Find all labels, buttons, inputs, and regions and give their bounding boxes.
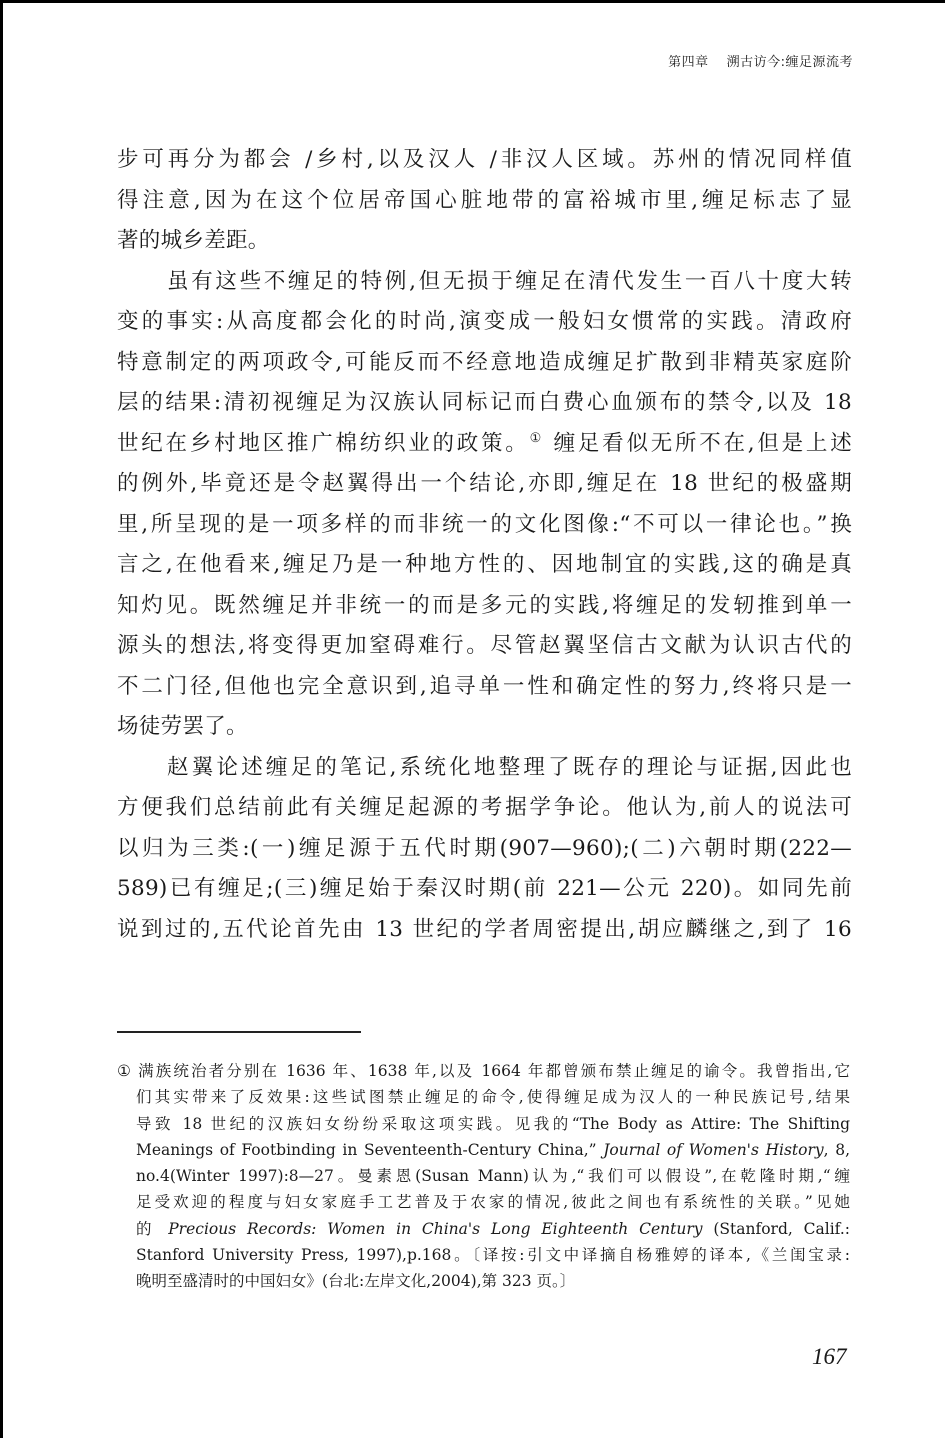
text-line-with-footnote: 世纪在乡村地区推广棉纺织业的政策。① 缠足看似无所不在,但是上述: [117, 424, 852, 465]
text-line: 的例外,毕竟还是令赵翼得出一个结论,亦即,缠足在 18 世纪的极盛期: [117, 464, 852, 505]
footnote-text: (Stanford, Calif.:: [703, 1220, 850, 1238]
running-head-title: 溯古访今:缠足源流考: [727, 55, 853, 70]
footnote-text: , 8,: [824, 1141, 850, 1159]
text-line: 589)已有缠足;(三)缠足始于秦汉时期(前 221—公元 220)。如同先前: [117, 869, 852, 910]
footnote-line: 导致 18 世纪的汉族妇女纷纷采取这项实践。见我的“The Body as At…: [117, 1111, 850, 1137]
page-number: 167: [812, 1344, 847, 1370]
paragraph: 赵翼论述缠足的笔记,系统化地整理了既存的理论与证据,因此也 方便我们总结前此有关…: [117, 748, 852, 951]
text-line: 说到过的,五代论首先由 13 世纪的学者周密提出,胡应麟继之,到了 16: [117, 910, 852, 951]
footnote-divider: [117, 1031, 361, 1033]
footnote-line: Meanings of Footbinding in Seventeenth-C…: [117, 1137, 850, 1163]
body-text: 步可再分为都会 /乡村,以及汉人 /非汉人区域。苏州的情况同样值 得注意,因为在…: [117, 140, 852, 950]
footnote-reference[interactable]: ①: [530, 430, 544, 445]
running-head-chapter: 第四章: [668, 55, 709, 70]
paragraph: 虽有这些不缠足的特例,但无损于缠足在清代发生一百八十度大转 变的事实:从高度都会…: [117, 262, 852, 748]
footnote-line: 足受欢迎的程度与妇女家庭手工艺普及于农家的情况,彼此之间也有系统性的关联。”见她: [117, 1189, 850, 1215]
footnote: ①满族统治者分别在 1636 年、1638 年,以及 1664 年都曾颁布禁止缠…: [117, 1058, 850, 1295]
page-border-top: [0, 0, 945, 3]
footnote-marker: ①: [117, 1058, 136, 1084]
footnote-text: Meanings of Footbinding in Seventeenth-C…: [136, 1141, 603, 1159]
text-line: 虽有这些不缠足的特例,但无损于缠足在清代发生一百八十度大转: [117, 262, 852, 303]
footnote-text: 的: [136, 1220, 168, 1238]
text-line: 变的事实:从高度都会化的时尚,演变成一般妇女惯常的实践。清政府: [117, 302, 852, 343]
text-line: 得注意,因为在这个位居帝国心脏地带的富裕城市里,缠足标志了显: [117, 181, 852, 222]
footnote-line: no.4(Winter 1997):8—27。曼素恩(Susan Mann)认为…: [117, 1163, 850, 1189]
page-border-left: [0, 0, 3, 1438]
text-line: 言之,在他看来,缠足乃是一种地方性的、因地制宜的实践,这的确是真: [117, 545, 852, 586]
text-segment: 缠足看似无所不在,但是上述: [544, 431, 852, 456]
text-line: 以归为三类:(一)缠足源于五代时期(907—960);(二)六朝时期(222—: [117, 829, 852, 870]
text-line: 场徒劳罢了。: [117, 707, 852, 748]
book-title: Precious Records: Women in China's Long …: [168, 1220, 702, 1238]
text-segment: 世纪在乡村地区推广棉纺织业的政策。: [117, 431, 530, 456]
text-line: 不二门径,但他也完全意识到,追寻单一性和确定性的努力,终将只是一: [117, 667, 852, 708]
text-line: 步可再分为都会 /乡村,以及汉人 /非汉人区域。苏州的情况同样值: [117, 140, 852, 181]
text-line: 赵翼论述缠足的笔记,系统化地整理了既存的理论与证据,因此也: [117, 748, 852, 789]
journal-title: Journal of Women's History: [603, 1141, 823, 1159]
footnote-text: 满族统治者分别在 1636 年、1638 年,以及 1664 年都曾颁布禁止缠足…: [136, 1062, 850, 1080]
footnotes: ①满族统治者分别在 1636 年、1638 年,以及 1664 年都曾颁布禁止缠…: [117, 1058, 850, 1295]
footnote-line: 们其实带来了反效果:这些试图禁止缠足的命令,使得缠足成为汉人的一种民族记号,结果: [117, 1084, 850, 1110]
footnote-line: 的 Precious Records: Women in China's Lon…: [117, 1216, 850, 1242]
running-head: 第四章溯古访今:缠足源流考: [668, 51, 853, 70]
paragraph: 步可再分为都会 /乡村,以及汉人 /非汉人区域。苏州的情况同样值 得注意,因为在…: [117, 140, 852, 262]
footnote-line: ①满族统治者分别在 1636 年、1638 年,以及 1664 年都曾颁布禁止缠…: [117, 1058, 850, 1084]
footnote-line: 晚明至盛清时的中国妇女》(台北:左岸文化,2004),第 323 页。〕: [117, 1268, 850, 1294]
text-line: 方便我们总结前此有关缠足起源的考据学争论。他认为,前人的说法可: [117, 788, 852, 829]
text-line: 源头的想法,将变得更加窒碍难行。尽管赵翼坚信古文献为认识古代的: [117, 626, 852, 667]
text-line: 里,所呈现的是一项多样的而非统一的文化图像:“不可以一律论也。”换: [117, 505, 852, 546]
text-line: 著的城乡差距。: [117, 221, 852, 262]
text-line: 特意制定的两项政令,可能反而不经意地造成缠足扩散到非精英家庭阶: [117, 343, 852, 384]
footnote-line: Stanford University Press, 1997),p.168。〔…: [117, 1242, 850, 1268]
text-line: 层的结果:清初视缠足为汉族认同标记而白费心血颁布的禁令,以及 18: [117, 383, 852, 424]
text-line: 知灼见。既然缠足并非统一的而是多元的实践,将缠足的发轫推到单一: [117, 586, 852, 627]
